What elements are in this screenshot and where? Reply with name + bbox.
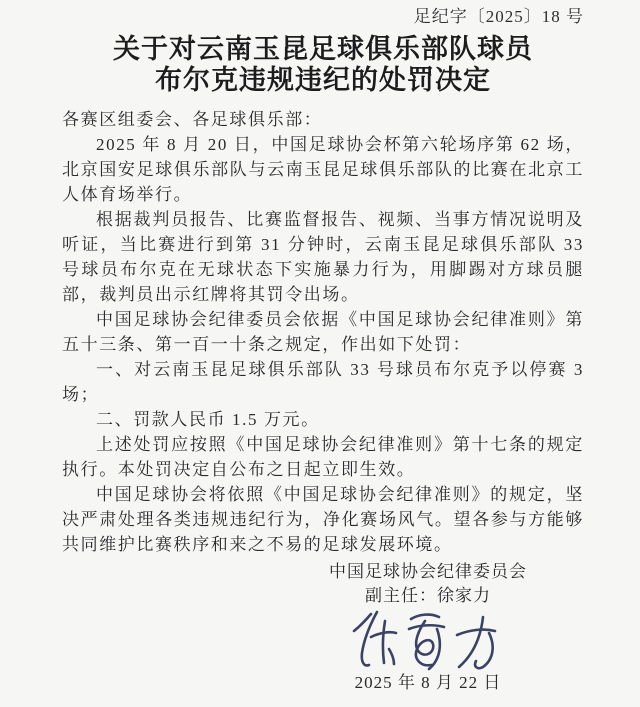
document-title: 关于对云南玉昆足球俱乐部队球员 布尔克违规违纪的处罚决定 [62, 34, 584, 96]
title-line-1: 关于对云南玉昆足球俱乐部队球员 [62, 34, 584, 65]
doc-number: 足纪字〔2025〕18 号 [0, 6, 640, 28]
handwritten-signature-icon [349, 609, 507, 671]
signature-block: 中国足球协会纪律委员会 副主任：徐家力 2025 年 8 月 22 日 [278, 560, 578, 694]
paragraph-incident: 根据裁判员报告、比赛监督报告、视频、当事方情况说明及听证，当比赛进行到第 31 … [62, 207, 584, 307]
paragraph-ruling-basis: 中国足球协会纪律委员会依据《中国足球协会纪律准则》第五十三条、第一百一十条之规定… [62, 307, 584, 357]
signing-org: 中国足球协会纪律委员会 [278, 560, 578, 583]
signature-date: 2025 年 8 月 22 日 [278, 672, 578, 694]
paragraph-penalty-2: 二、罚款人民币 1.5 万元。 [62, 407, 584, 432]
salutation: 各赛区组委会、各足球俱乐部： [62, 107, 584, 132]
title-line-2: 布尔克违规违纪的处罚决定 [62, 65, 584, 96]
paragraph-execution: 上述处罚应按照《中国足球协会纪律准则》第十七条的规定执行。本处罚决定自公布之日起… [62, 432, 584, 482]
paragraph-match-info: 2025 年 8 月 20 日，中国足球协会杯第六轮场序第 62 场，北京国安足… [62, 132, 584, 207]
document-page: 足纪字〔2025〕18 号 关于对云南玉昆足球俱乐部队球员 布尔克违规违纪的处罚… [0, 0, 640, 707]
paragraph-penalty-1: 一、对云南玉昆足球俱乐部队 33 号球员布尔克予以停赛 3 场； [62, 357, 584, 407]
document-body: 各赛区组委会、各足球俱乐部： 2025 年 8 月 20 日，中国足球协会杯第六… [62, 107, 584, 557]
paragraph-closing: 中国足球协会将依照《中国足球协会纪律准则》的规定，坚决严肃处理各类违规违纪行为，… [62, 482, 584, 557]
signer-title: 副主任：徐家力 [278, 584, 578, 607]
